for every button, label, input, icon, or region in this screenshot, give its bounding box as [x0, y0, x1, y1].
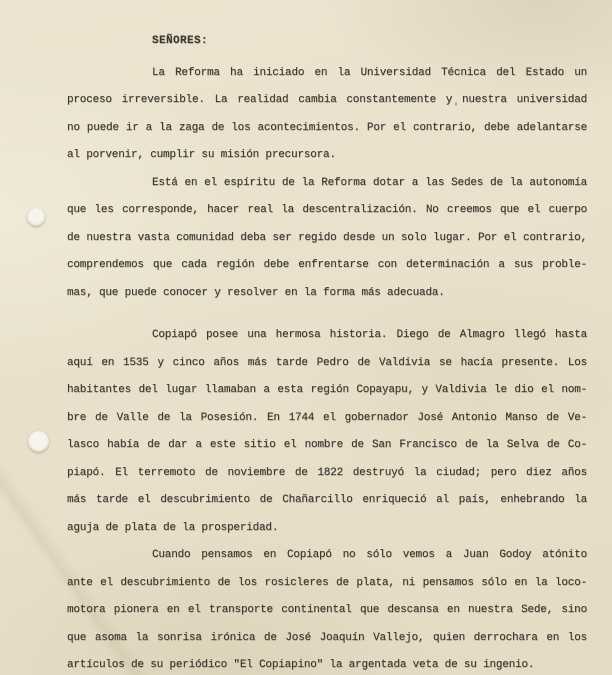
text-line: comprendemos que cada región debe enfren… — [67, 252, 587, 280]
document-content: SEÑORES: La Reforma ha iniciado en la Un… — [67, 28, 587, 675]
paragraph: La Reforma ha iniciado en la Universidad… — [67, 60, 587, 170]
text-line: que asoma la sonrisa irónica de José Joa… — [67, 625, 587, 653]
text-line: no puede ir a la zaga de los acontecimie… — [67, 115, 587, 143]
text-line: motora pionera en el transporte continen… — [67, 597, 587, 625]
punch-hole-bottom — [28, 431, 49, 452]
ink-speck: ' — [453, 103, 459, 114]
text-line: Copiapó posee una hermosa historia. Dieg… — [67, 322, 587, 350]
text-line: habitantes del lugar llamaban a esta reg… — [67, 377, 587, 405]
text-line: aguja de plata de la prosperidad. — [67, 515, 587, 543]
text-line: que les corresponde, hacer real la desce… — [67, 197, 587, 225]
text-line: aquí en 1535 y cinco años más tarde Pedr… — [67, 350, 587, 378]
text-line: Cuando pensamos en Copiapó no sólo vemos… — [67, 542, 587, 570]
text-line: bre de Valle de la Posesión. En 1744 el … — [67, 405, 587, 433]
text-line: de nuestra vasta comunidad deba ser regi… — [67, 225, 587, 253]
paragraph: Está en el espíritu de la Reforma dotar … — [67, 170, 587, 308]
text-line: artículos de su periódico "El Copiapino"… — [67, 652, 587, 675]
punch-hole-top — [27, 208, 45, 226]
paragraph: Cuando pensamos en Copiapó no sólo vemos… — [67, 542, 587, 675]
text-line: mas, que puede conocer y resolver en la … — [67, 280, 587, 308]
text-line: piapó. El terremoto de noviembre de 1822… — [67, 460, 587, 488]
text-line: La Reforma ha iniciado en la Universidad… — [67, 60, 587, 88]
text-line: lasco había de dar a este sitio el nombr… — [67, 432, 587, 460]
document-heading: SEÑORES: — [67, 28, 587, 56]
paragraph: Copiapó posee una hermosa historia. Dieg… — [67, 322, 587, 542]
document-page: SEÑORES: La Reforma ha iniciado en la Un… — [0, 0, 612, 675]
text-line: Está en el espíritu de la Reforma dotar … — [67, 170, 587, 198]
document-body: La Reforma ha iniciado en la Universidad… — [67, 60, 587, 675]
text-line: más tarde el descubrimiento de Chañarcil… — [67, 487, 587, 515]
text-line: al porvenir, cumplir su misión precursor… — [67, 142, 587, 170]
text-line: proceso irreversible. La realidad cambia… — [67, 87, 587, 115]
text-line: ante el descubrimiento de los rosicleres… — [67, 570, 587, 598]
